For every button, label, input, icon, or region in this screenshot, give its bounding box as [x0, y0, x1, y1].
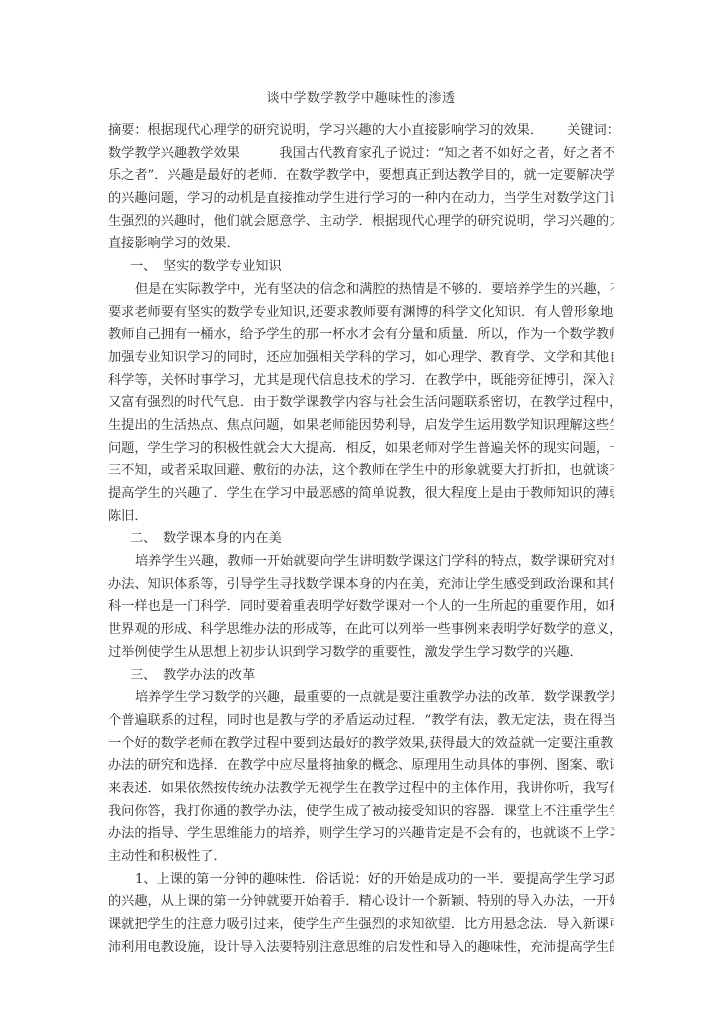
section-heading: 三、 教学办法的改革 — [108, 665, 614, 688]
text-line: 办法、知识体系等，引导学生寻找数学课本身的内在美，充沛让学生感受到政治课和其他学 — [108, 574, 614, 597]
text-line: 摘要：根据现代心理学的研究说明，学习兴趣的大小直接影响学习的效果． 关键词： — [108, 120, 614, 143]
text-line: 要求老师要有坚实的数学专业知识,还要求教师要有渊博的科学文化知识．有人曾形象地说… — [108, 302, 614, 325]
text-line: 个普遍联系的过程，同时也是教与学的矛盾运动过程．“教学有法，教无定法，贵在得当”… — [108, 710, 614, 733]
text-line: 三不知，或者采取回避、敷衍的办法，这个教师在学生中的形象就要大打折扣，也就谈不上 — [108, 460, 614, 483]
text-line: 提高学生的兴趣了．学生在学习中最恶感的简单说教，很大程度上是由于教师知识的薄弱和 — [108, 483, 614, 506]
text-line: 科学等，关怀时事学习，尤其是现代信息技术的学习．在教学中，既能旁征博引，深入浅出… — [108, 370, 614, 393]
text-line: 主动性和积极性了． — [108, 846, 614, 869]
text-line: 生强烈的兴趣时，他们就会愿意学、主动学．根据现代心理学的研究说明，学习兴趣的大小 — [108, 211, 614, 234]
text-line: 教师自己拥有一桶水，给予学生的那一杯水才会有分量和质量．所以，作为一个数学教师在 — [108, 324, 614, 347]
text-line: 陈旧． — [108, 506, 614, 529]
document-title: 谈中学数学教学中趣味性的渗透 — [108, 88, 614, 110]
text-line: 又富有强烈的时代气息．由于数学课教学内容与社会生活问题联系密切，在教学过程中，学 — [108, 392, 614, 415]
text-line: 直接影响学习的效果． — [108, 233, 614, 256]
text-line: 1、上课的第一分钟的趣味性．俗话说：好的开始是成功的一半．要提高学生学习政治 — [108, 869, 614, 892]
text-line: 一个好的数学老师在教学过程中要到达最好的教学效果,获得最大的效益就一定要注重教学 — [108, 733, 614, 756]
section-heading: 一、 坚实的数学专业知识 — [108, 256, 614, 279]
section-heading: 二、 数学课本身的内在美 — [108, 528, 614, 551]
text-line: 数学教学兴趣教学效果 我国古代教育家孔子说过：“知之者不如好之者，好之者不如 — [108, 143, 614, 166]
text-line: 课就把学生的注意力吸引过来，使学生产生强烈的求知欲望．比方用悬念法．导入新课可充 — [108, 914, 614, 937]
text-line: 的兴趣，从上课的第一分钟就要开始着手．精心设计一个新颖、特别的导入办法，一开始讲 — [108, 891, 614, 914]
document-body: 摘要：根据现代心理学的研究说明，学习兴趣的大小直接影响学习的效果． 关键词：数学… — [108, 120, 614, 959]
text-line: 培养学生学习数学的兴趣，最重要的一点就是要注重教学办法的改革．数学课教学是一 — [108, 687, 614, 710]
text-line: 加强专业知识学习的同时，还应加强相关学科的学习，如心理学、教育学、文学和其他自然 — [108, 347, 614, 370]
text-line: 培养学生兴趣，教师一开始就要向学生讲明数学课这门学科的特点，数学课研究对象、 — [108, 551, 614, 574]
text-line: 世界观的形成、科学思维办法的形成等，在此可以列举一些事例来表明学好数学的意义，通 — [108, 619, 614, 642]
text-line: 生提出的生活热点、焦点问题，如果老师能因势利导，启发学生运用数学知识理解这些生活 — [108, 415, 614, 438]
text-line: 科一样也是一门科学．同时要着重表明学好数学课对一个人的一生所起的重要作用，如科学 — [108, 596, 614, 619]
text-line: 的兴趣问题，学习的动机是直接推动学生进行学习的一种内在动力，当学生对数学这门课产 — [108, 188, 614, 211]
text-line: 办法的研究和选择．在教学中应尽量将抽象的概念、原理用生动具体的事例、图案、歌谣等 — [108, 755, 614, 778]
text-line: 过举例使学生从思想上初步认识到学习数学的重要性，激发学生学习数学的兴趣． — [108, 642, 614, 665]
text-line: 但是在实际教学中，光有坚决的信念和满腔的热情是不够的．要培养学生的兴趣，不但 — [108, 279, 614, 302]
text-line: 我问你答，我打你通的教学办法，使学生成了被动接受知识的容器．课堂上不注重学生学习 — [108, 801, 614, 824]
document-page: 谈中学数学教学中趣味性的渗透 摘要：根据现代心理学的研究说明，学习兴趣的大小直接… — [108, 88, 614, 959]
text-line: 沛利用电教设施，设计导入法要特别注意思维的启发性和导入的趣味性，充沛提高学生的学 — [108, 937, 614, 960]
text-line: 办法的指导、学生思维能力的培养，则学生学习的兴趣肯定是不会有的，也就谈不上学习的 — [108, 823, 614, 846]
text-line: 问题，学生学习的积极性就会大大提高．相反，如果老师对学生普遍关怀的现实问题，一问 — [108, 438, 614, 461]
text-line: 乐之者”．兴趣是最好的老师．在数学教学中，要想真正到达教学目的，就一定要解决学生 — [108, 165, 614, 188]
text-line: 来表述．如果依然按传统办法教学无视学生在教学过程中的主体作用，我讲你听，我写你录… — [108, 778, 614, 801]
